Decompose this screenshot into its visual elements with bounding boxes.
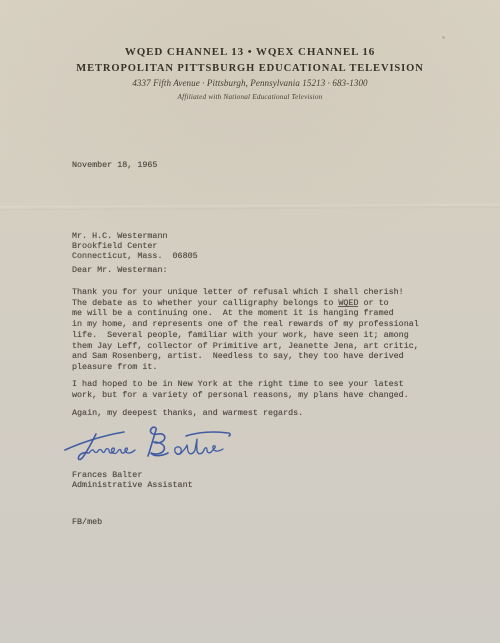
letter-page: WQED CHANNEL 13 • WQEX CHANNEL 16 METROP…	[0, 0, 500, 643]
letterhead-organization: METROPOLITAN PITTSBURGH EDUCATIONAL TELE…	[0, 63, 500, 74]
paper-speck	[442, 36, 445, 39]
fold-crease	[0, 204, 500, 211]
body-paragraph-2: I had hoped to be in New York at the rig…	[72, 379, 409, 400]
letterhead-channels: WQED CHANNEL 13 • WQEX CHANNEL 16	[0, 46, 500, 58]
reference-initials: FB/meb	[72, 517, 102, 527]
handwritten-signature	[58, 423, 238, 471]
salutation: Dear Mr. Westerman:	[72, 265, 168, 275]
closing-line: Again, my deepest thanks, and warmest re…	[72, 408, 303, 418]
recipient-address: Mr. H.C. Westermann Brookfield Center Co…	[72, 231, 198, 262]
wqed-underline	[338, 306, 358, 307]
body-paragraph-1: Thank you for your unique letter of refu…	[72, 287, 419, 373]
typed-signature-block: Frances Balter Administrative Assistant	[72, 470, 193, 490]
body-paragraph-1-text: Thank you for your unique letter of refu…	[72, 287, 419, 372]
letterhead-affiliation: Affiliated with National Educational Tel…	[0, 93, 500, 101]
letter-date: November 18, 1965	[72, 160, 157, 170]
letterhead-address: 4337 Fifth Avenue · Pittsburgh, Pennsylv…	[0, 78, 500, 88]
